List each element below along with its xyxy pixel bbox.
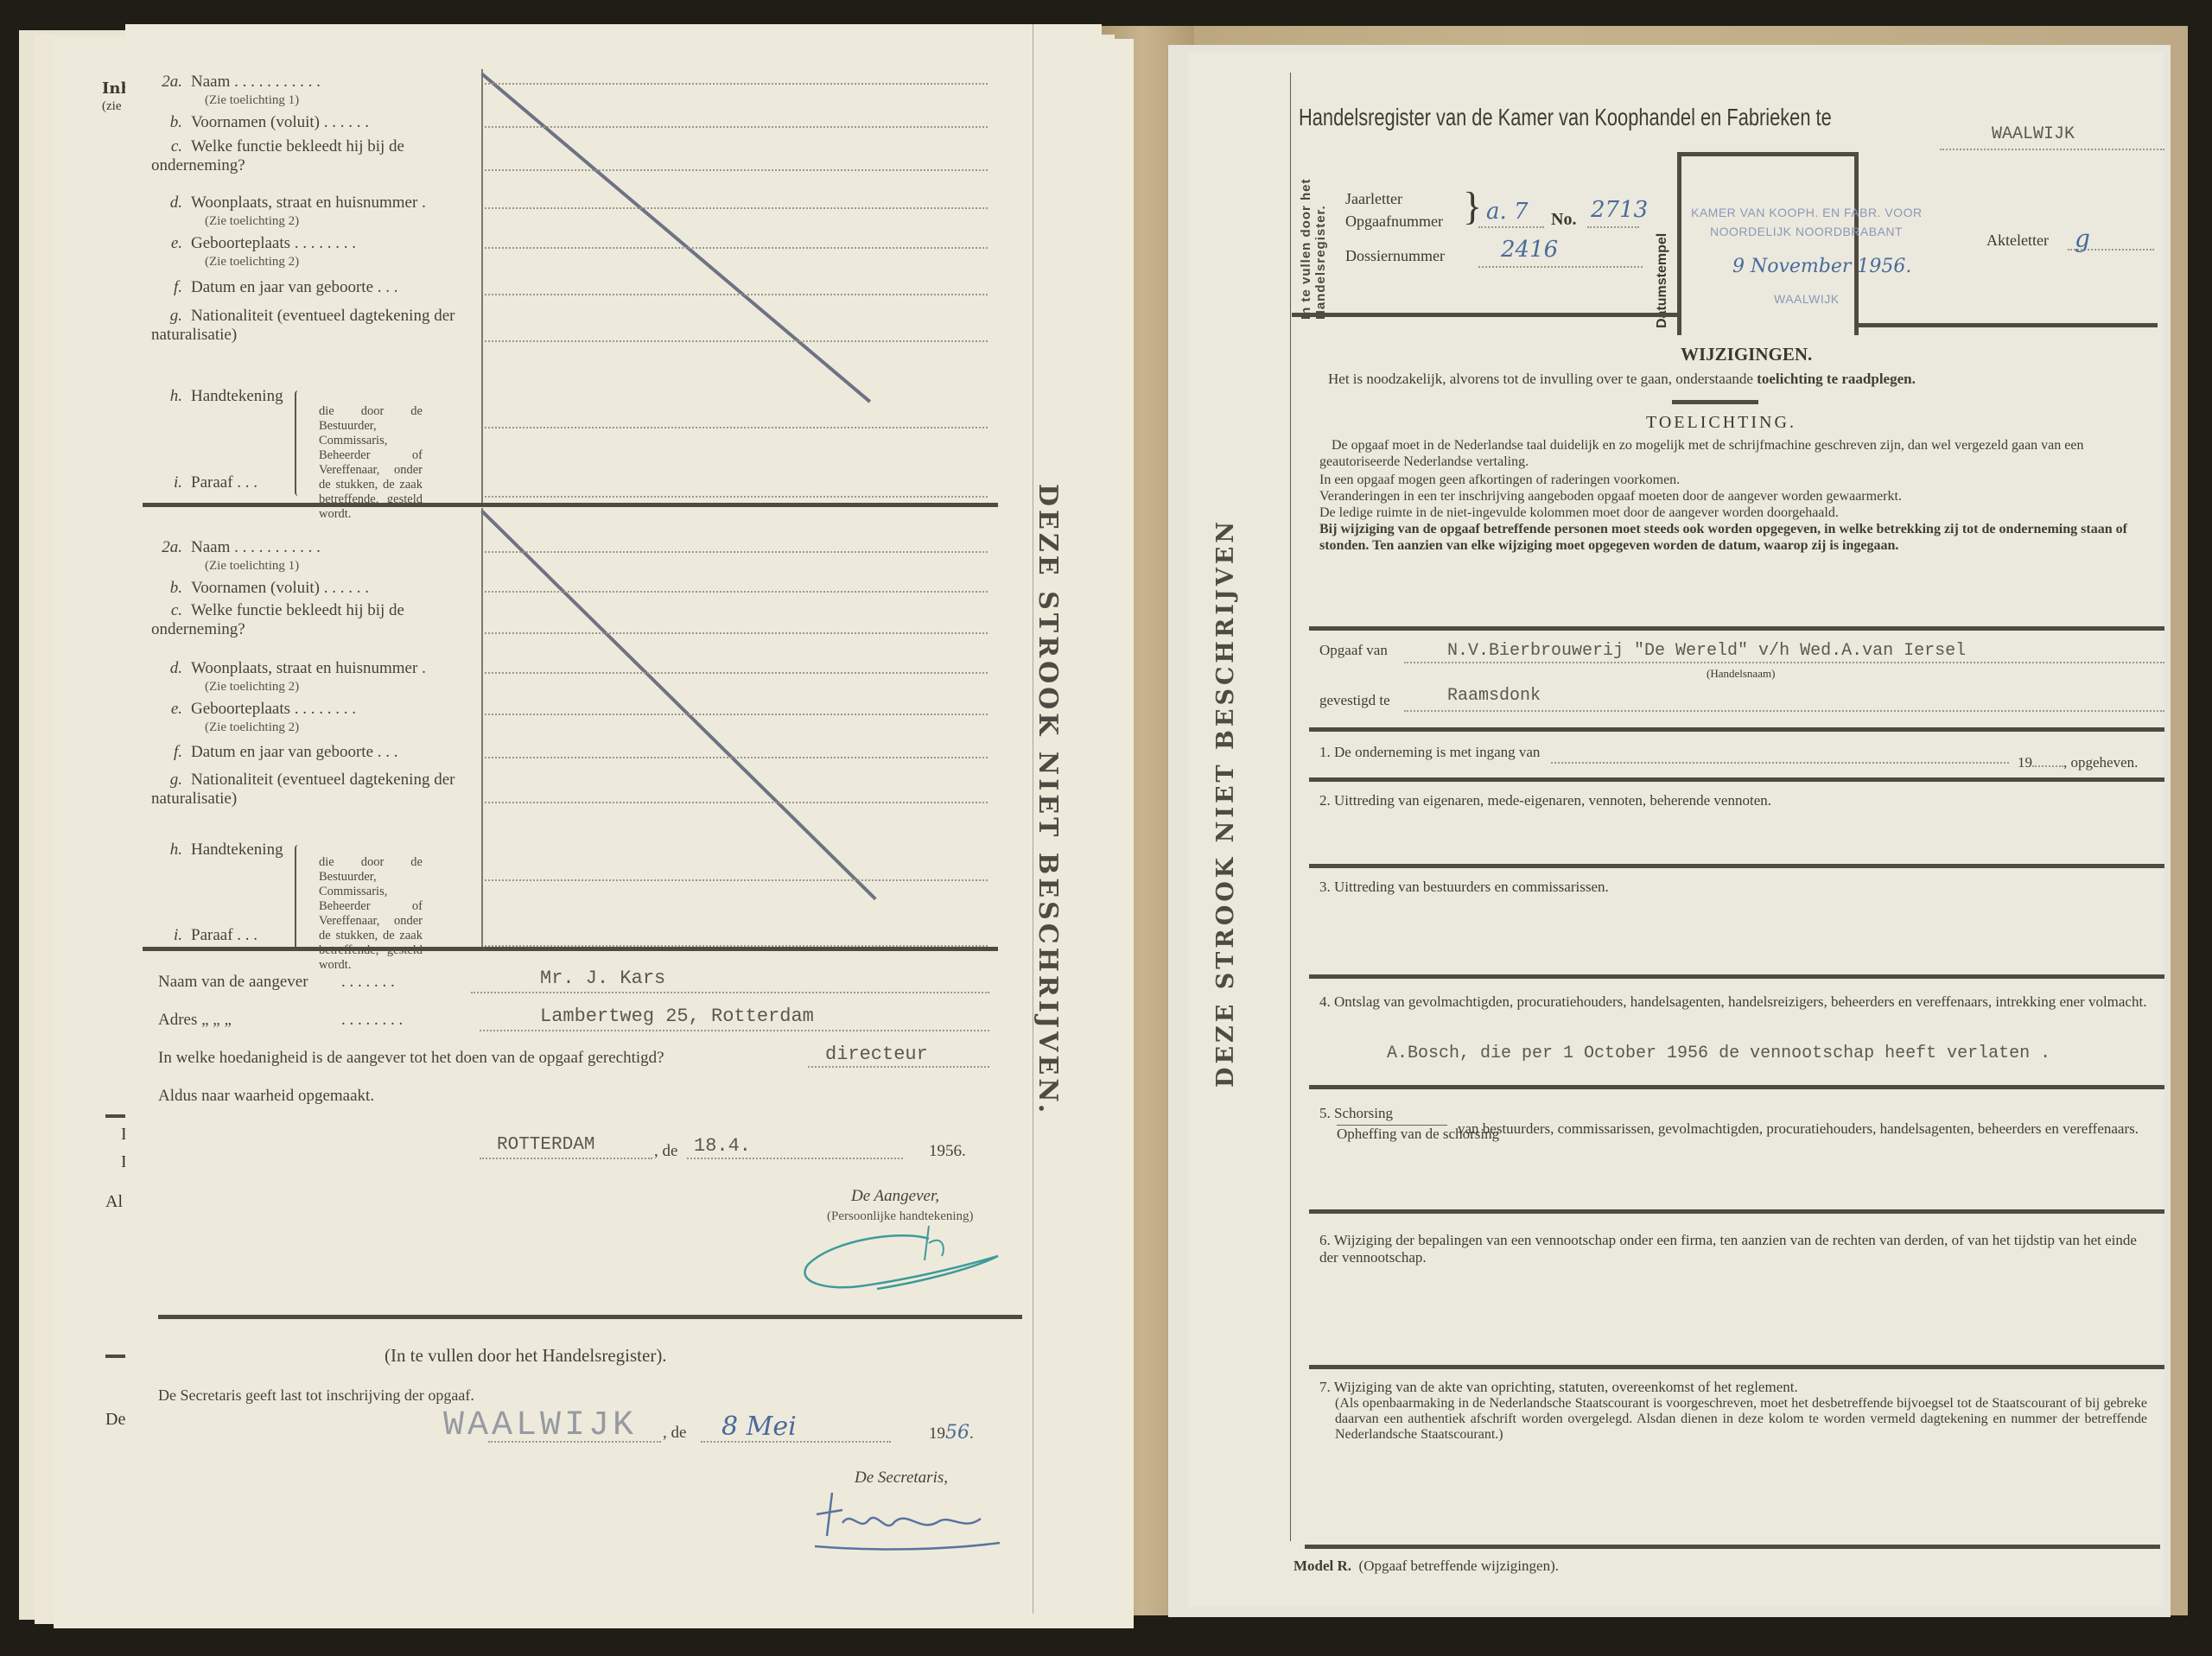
year-prefix: 19 — [2018, 754, 2032, 771]
strike-line — [480, 510, 877, 900]
opgaafnummer-field[interactable] — [1587, 226, 1639, 228]
section4-typed-entry: A.Bosch, die per 1 October 1956 de venno… — [1387, 1044, 2050, 1063]
edge-fragment: De — [105, 1410, 125, 1430]
strip-warning: DEZE STROOK NIET BESCHRIJVEN — [1212, 518, 1239, 1088]
date-value: 8 Mei — [721, 1412, 797, 1442]
section-rule — [1292, 313, 1681, 317]
section-number: 7. — [1319, 1379, 1331, 1395]
item-letter: g. — [151, 307, 182, 326]
date-stamp-box — [1677, 152, 1859, 335]
date-value: 18.4. — [694, 1135, 751, 1157]
place-field[interactable] — [488, 1441, 661, 1443]
entry-line[interactable] — [485, 672, 988, 674]
item-letter: c. — [151, 601, 182, 620]
stamp-line1: KAMER VAN KOOPH. EN FABR. VOOR — [1691, 206, 1923, 219]
field-label-naam: Naam — [191, 73, 230, 91]
field-label-woonplaats: Woonplaats, straat en huisnummer — [191, 659, 417, 677]
opgaaf-van-field[interactable] — [1404, 662, 2164, 663]
form-title: Handelsregister van de Kamer van Koophan… — [1299, 104, 1832, 131]
field-label-nationaliteit: Nationaliteit (eventueel dagtekening der… — [151, 771, 454, 808]
title-place-value: WAALWIJK — [1992, 124, 2075, 144]
item-letter: d. — [151, 194, 182, 213]
section-text: Uittreding van bestuurders en commissari… — [1334, 879, 1609, 895]
dossiernummer-value: 2416 — [1501, 237, 1558, 263]
strip-warning: DEZE STROOK NIET BESCHRIJVEN. — [1033, 484, 1063, 1116]
entry-line[interactable] — [485, 427, 988, 428]
section-rule — [158, 1315, 1022, 1319]
edge-rule — [105, 1114, 126, 1118]
edge-rule — [105, 1355, 126, 1358]
signer-title: De Aangever, — [851, 1187, 939, 1206]
item-letter: f. — [151, 743, 182, 762]
declarant-capacity-label: In welke hoedanigheid is de aangever tot… — [158, 1049, 664, 1068]
item-letter: 2a. — [151, 538, 182, 557]
date-field[interactable] — [687, 1158, 903, 1159]
section-rule — [1309, 727, 2164, 732]
section-rule — [1305, 1545, 2160, 1549]
declarant-name-label: Naam van de aangever — [158, 973, 308, 992]
akteletter-value: g — [2075, 225, 2090, 253]
item-letter: i. — [151, 473, 182, 492]
year-prefix: 19 — [929, 1424, 945, 1443]
opgaaf-van-value: N.V.Bierbrouwerij "De Wereld" v/h Wed.A.… — [1447, 641, 1966, 661]
declarant-name-field[interactable] — [471, 992, 989, 993]
place-stamp: WAALWIJK — [443, 1406, 637, 1445]
intro-bold: toelichting te raadplegen. — [1757, 371, 1916, 387]
declarant-address-label: Adres „ „ „ — [158, 1011, 232, 1030]
entry-line[interactable] — [485, 879, 988, 881]
jaarletter-value: a. 7 — [1486, 199, 1529, 225]
field-label-voornamen: Voornamen (voluit) — [191, 113, 320, 131]
opgaafnummer-value: 2713 — [1591, 197, 1648, 223]
item-letter: b. — [151, 113, 182, 132]
entry-line[interactable] — [485, 83, 988, 85]
section-rule — [1309, 974, 2164, 979]
opgaaf-van-label: Opgaaf van — [1319, 641, 1388, 660]
item-letter: f. — [151, 278, 182, 297]
dossiernummer-label: Dossiernummer — [1345, 247, 1445, 265]
item-letter: b. — [151, 579, 182, 598]
item-letter: i. — [151, 926, 182, 945]
field-label-handtekening: Handtekening — [191, 841, 283, 859]
section-heading: WIJZIGINGEN. — [1681, 344, 1812, 365]
item-letter: e. — [151, 234, 182, 253]
item-letter: d. — [151, 659, 182, 678]
stamp-place: WAALWIJK — [1774, 292, 1840, 306]
section-rule — [1309, 864, 2164, 868]
entry-line[interactable] — [485, 551, 988, 553]
section-rule — [1309, 1209, 2164, 1214]
side-note: In te vullen door het Handelsregister. — [1299, 164, 1337, 320]
section-number: 5. — [1319, 1105, 1331, 1121]
entry-line[interactable] — [485, 247, 988, 249]
de-label: , de — [663, 1424, 686, 1443]
field-label-woonplaats: Woonplaats, straat en huisnummer — [191, 194, 417, 212]
toelichting-para: Veranderingen in een ter inschrijving aa… — [1319, 488, 2158, 504]
toelichting-para: De ledige ruimte in de niet-ingevulde ko… — [1319, 504, 2158, 521]
item-letter: c. — [151, 137, 182, 156]
item-letter: e. — [151, 700, 182, 719]
section-rule — [143, 947, 998, 951]
section-number: 4. — [1319, 993, 1331, 1010]
entry-line[interactable] — [485, 340, 988, 342]
field-label-geboorteplaats: Geboorteplaats — [191, 234, 290, 252]
section-number: 3. — [1319, 879, 1331, 895]
section-rule — [143, 503, 998, 507]
field-note: (Zie toelichting 1) — [205, 93, 299, 108]
heading-rule — [1672, 400, 1758, 404]
gevestigd-label: gevestigd te — [1319, 691, 1390, 710]
declarant-address-value: Lambertweg 25, Rotterdam — [540, 1006, 814, 1027]
entry-line[interactable] — [485, 632, 988, 634]
strip-divider — [1290, 73, 1291, 1541]
entry-line[interactable] — [485, 802, 988, 803]
field-label-naam: Naam — [191, 538, 230, 556]
jaarletter-label: Jaarletter — [1345, 190, 1402, 208]
field-label-voornamen: Voornamen (voluit) — [191, 579, 320, 597]
intro-text: Het is noodzakelijk, alvorens tot de inv… — [1328, 371, 1753, 387]
section-text: van bestuurders, commissarissen, gevolma… — [1337, 1120, 2149, 1139]
field-label-geboortedatum: Datum en jaar van geboorte — [191, 743, 373, 761]
item-letter: h. — [151, 841, 182, 860]
gevestigd-value: Raamsdonk — [1447, 686, 1541, 706]
field-label-paraaf: Paraaf — [191, 473, 233, 492]
akteletter-label: Akteletter — [1986, 232, 2049, 250]
stamp-line2: NOORDELIJK NOORDBRABANT — [1710, 225, 1903, 238]
field-note: (Zie toelichting 2) — [205, 720, 299, 735]
section-text: Uittreding van eigenaren, mede-eigenaren… — [1334, 792, 1771, 809]
section-suffix: , opgeheven. — [2063, 754, 2138, 771]
registry-heading: (In te vullen door het Handelsregister). — [385, 1346, 667, 1365]
entry-line[interactable] — [485, 496, 988, 498]
field-note: (Zie toelichting 2) — [205, 680, 299, 695]
field-label-geboortedatum: Datum en jaar van geboorte — [191, 278, 373, 296]
entry-line[interactable] — [485, 714, 988, 715]
toelichting-para: De opgaaf moet in de Nederlandse taal du… — [1319, 437, 2158, 470]
field-label-paraaf: Paraaf — [191, 926, 233, 944]
section-number: 6. — [1319, 1232, 1331, 1248]
stamp-date: 9 November 1956. — [1732, 256, 1911, 277]
toelichting-para: In een opgaaf mogen geen afkortingen of … — [1319, 472, 2158, 488]
section-rule — [1309, 1365, 2164, 1369]
toelichting-title: TOELICHTING. — [1646, 413, 1796, 433]
toelichting-bold: Bij wijziging van de opgaaf betreffende … — [1319, 521, 2158, 554]
section-rule — [1309, 777, 2164, 782]
place-field[interactable] — [480, 1158, 652, 1159]
column-divider — [481, 508, 483, 949]
section-text: Ontslag van gevolmachtigden, procuratieh… — [1334, 993, 2146, 1010]
title-place-field[interactable] — [1940, 149, 2164, 150]
edge-fragment: (zie — [102, 99, 121, 114]
section-text: De onderneming is met ingang van — [1334, 744, 1540, 760]
field-note: (Zie toelichting 2) — [205, 214, 299, 229]
registry-instruction: De Secretaris geeft last tot inschrijvin… — [158, 1386, 474, 1405]
brace-note: die door de Bestuurder, Commissaris, Beh… — [319, 855, 423, 973]
footer-model: Model R. — [1294, 1558, 1351, 1574]
entry-line[interactable] — [485, 126, 988, 128]
field-note: (Zie toelichting 2) — [205, 255, 299, 270]
field-label-handtekening: Handtekening — [191, 387, 283, 405]
left-page: 2a.Naam . . . . . . . . . . . (Zie toeli… — [125, 24, 1102, 1614]
right-page: DEZE STROOK NIET BESCHRIJVEN Handelsregi… — [1188, 52, 2164, 1607]
section-rule — [1309, 626, 2164, 631]
field-note: (Zie toelichting 1) — [205, 559, 299, 574]
brace — [295, 390, 302, 496]
brace — [295, 845, 302, 950]
curly-brace: } — [1463, 187, 1482, 226]
section-text: Wijziging der bepalingen van een vennoot… — [1319, 1232, 2137, 1266]
secretary-signature — [808, 1484, 1007, 1553]
handelsnaam-note: (Handelsnaam) — [1707, 667, 1775, 681]
section-number: 1. — [1319, 744, 1331, 760]
entry-line[interactable] — [485, 591, 988, 593]
column-divider — [481, 69, 483, 503]
item-letter: h. — [151, 387, 182, 406]
gevestigd-field[interactable] — [1404, 710, 2164, 712]
section-number: 2. — [1319, 792, 1331, 809]
year-value: 1956. — [929, 1142, 966, 1161]
entry-line[interactable] — [485, 294, 988, 295]
section-rule — [1859, 323, 2158, 327]
declarant-capacity-value: directeur — [825, 1044, 928, 1065]
declarant-capacity-field[interactable] — [808, 1066, 989, 1068]
entry-line[interactable] — [485, 207, 988, 209]
datumstempel-label: Datumstempel — [1655, 190, 1670, 328]
section1-date-field[interactable] — [1551, 762, 2009, 764]
item-letter: 2a. — [151, 73, 182, 92]
declarant-signature — [799, 1221, 1024, 1299]
declarant-address-field[interactable] — [480, 1030, 989, 1031]
de-label: , de — [654, 1142, 677, 1161]
year-suffix: 56 — [945, 1422, 969, 1443]
truth-statement: Aldus naar waarheid opgemaakt. — [158, 1087, 374, 1106]
item-letter: g. — [151, 771, 182, 790]
entry-line[interactable] — [485, 757, 988, 758]
field-label-geboorteplaats: Geboorteplaats — [191, 700, 290, 718]
strike-line — [480, 73, 871, 403]
section-rule — [1309, 1085, 2164, 1089]
section-note: (Als openbaarmaking in de Nederlandsche … — [1335, 1396, 2147, 1443]
field-label-functie: Welke functie bekleedt hij bij de ondern… — [151, 601, 404, 638]
jaarletter-field[interactable] — [1478, 226, 1544, 228]
field-label-functie: Welke functie bekleedt hij bij de ondern… — [151, 137, 404, 174]
section-text: Wijziging van de akte van oprichting, st… — [1334, 1379, 1798, 1395]
field-label-nationaliteit: Nationaliteit (eventueel dagtekening der… — [151, 307, 454, 344]
no-label: No. — [1551, 210, 1576, 230]
edge-fragment: Al — [105, 1192, 123, 1212]
declarant-name-value: Mr. J. Kars — [540, 968, 665, 989]
dossiernummer-field[interactable] — [1478, 266, 1643, 268]
footer-note: (Opgaaf betreffende wijzigingen). — [1359, 1558, 1559, 1574]
opgaafnummer-label: Opgaafnummer — [1345, 213, 1443, 231]
entry-line[interactable] — [485, 169, 988, 171]
place-value: ROTTERDAM — [497, 1135, 594, 1155]
